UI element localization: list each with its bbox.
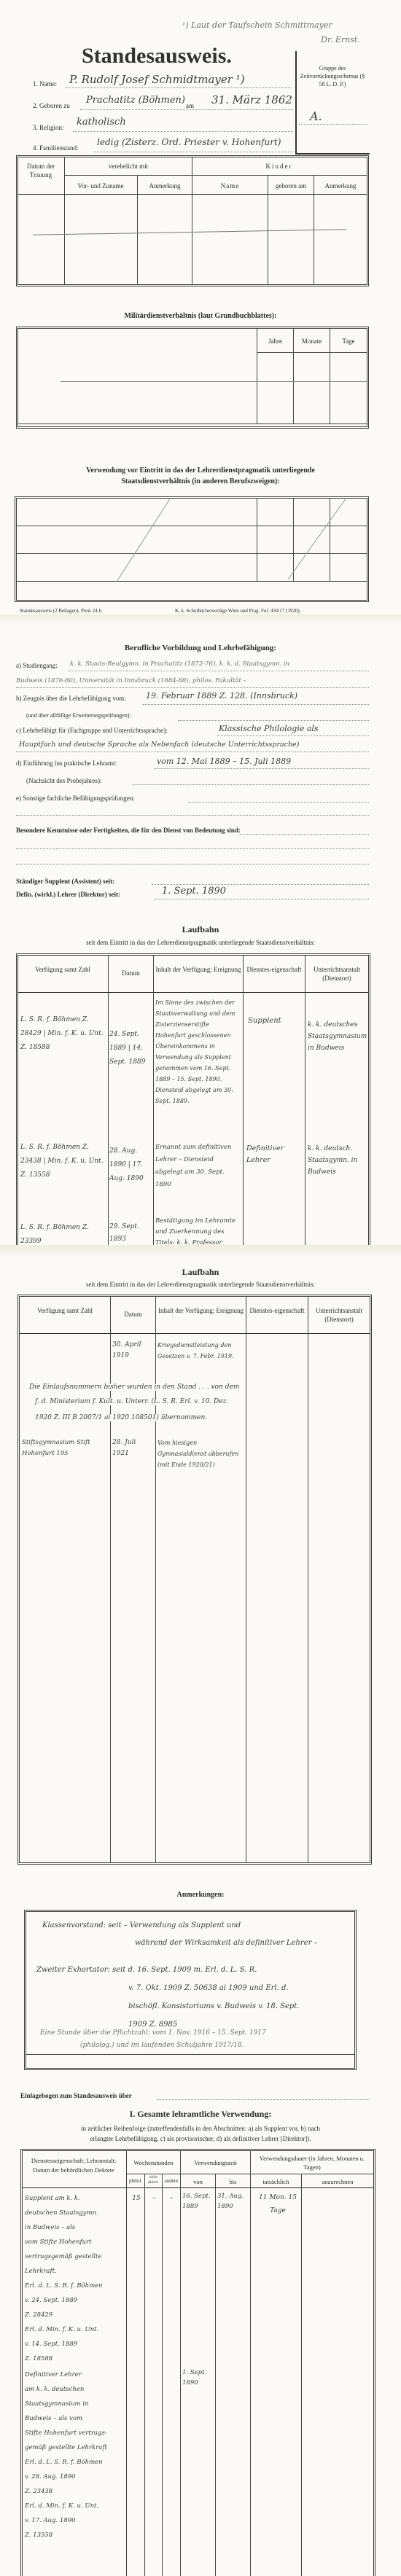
insert-title: I. Gesamte lehramtliche Verwendung: (0, 2109, 401, 2120)
divider (243, 956, 244, 1252)
remarks-line-8: (philolog.) und im laufenden Schuljahre … (80, 2042, 244, 2049)
divider (108, 956, 109, 1252)
col-children: Kinder (192, 163, 366, 170)
practical-label: d) Einführung ins praktische Lehramt: (16, 760, 117, 767)
career2-row-2-ref: Stiftsgymnasium Stift Hohenfurt 195 (22, 1437, 108, 1459)
usage-row-role-line: Erl. d. Min. f. K. u. Unt. (25, 2499, 125, 2513)
usage-row-role-line: deutschen Staatsgymn. (25, 2206, 125, 2220)
col-credit: anzurechnen (302, 2178, 373, 2185)
col-child-born: geboren am (268, 182, 314, 190)
top-note: ¹) Laut der Taufschein Schmittmayer (182, 20, 332, 30)
family-label: 4. Familienstand: (33, 144, 79, 152)
usage-row-from: 1. Sept. 1890 (182, 2368, 214, 2388)
insert-subtitle-1: in zeitlicher Reihenfolge (zutreffendenf… (0, 2125, 401, 2132)
remarks-line-4: v. 7. Okt. 1909 Z. 50638 ai 1909 und Erl… (128, 1984, 289, 1992)
studies-value-1: k. k. Staats-Realgymn. in Prachatitz (18… (70, 660, 289, 668)
insert-subtitle-2: erlangter Lehrbefähigung, c) als proviso… (0, 2135, 401, 2142)
col-content-2: Inhalt der Verfügung; Ereignung (156, 1306, 246, 1315)
usage-row-role-line: Supplent am k. k. (25, 2191, 125, 2206)
practical-value: vom 12. Mai 1889 – 15. Juli 1889 (157, 757, 291, 766)
special-skills-line (16, 864, 369, 864)
usage-row-role-line: gemäß gestellte Lehrkraft (25, 2440, 125, 2455)
top-note-signature: Dr. Ernst. (321, 35, 360, 44)
probation-label: (Nachsicht des Probejahres): (26, 777, 101, 784)
prior-use-title-1: Verwendung vor Eintritt in das der Lehre… (0, 467, 401, 475)
religion-label: 3. Religion: (33, 124, 64, 131)
name-line (66, 87, 292, 88)
career-table-2 (17, 1295, 372, 1865)
career-row-1-content: Im Sinne des zwischen der Staatsverwaltu… (155, 997, 241, 1106)
col-years: Jahre (257, 337, 293, 345)
qualified-value-2: Hauptfach und deutsche Sprache als Neben… (19, 741, 299, 749)
remarks-line-1: Klassenvorstand: seit – Verwendung als S… (42, 1921, 241, 1929)
col-decree-2: Verfügung samt Zahl (20, 1306, 110, 1315)
insert-line (157, 2099, 370, 2100)
divider (155, 1297, 156, 1862)
usage-row-role-line: Lehrkraft. (25, 2264, 125, 2279)
col-to: bis (216, 2178, 250, 2185)
col-date: Datum (109, 969, 153, 977)
career-row-1-ref: L. S. R. f. Böhmen Z. 28429 | Min. f. K.… (20, 1013, 106, 1055)
insert-label: Einlagebogen zum Standesausweis über (20, 2092, 132, 2099)
divider (18, 424, 367, 424)
col-weekly-hours: Wochenstunden (127, 2159, 180, 2166)
usage-row-philol: 15 (128, 2191, 144, 2206)
career-title: Laufbahn (0, 924, 401, 935)
born-line (80, 109, 293, 110)
divider (18, 194, 367, 195)
col-content: Inhalt der Verfügung; Ereignung (154, 965, 243, 974)
divider (308, 1297, 308, 1862)
remarks-line-5: bischöfl. Konsistoriums v. Budweis v. 18… (128, 2002, 299, 2010)
qualified-value-1: Klassische Philologie als (219, 724, 319, 733)
col-role: Dienstes-eigenschaft (244, 965, 305, 974)
studies-value-2: Budweis (1876-80), Universität in Innsbr… (16, 677, 246, 684)
col-date-2: Datum (111, 1311, 155, 1318)
divider (144, 2174, 145, 2576)
usage-row-role-line: v. 17. Aug. 1890 (25, 2513, 125, 2528)
divider (215, 2174, 216, 2576)
career-row-1-school: k. k. deutsches Staatsgymnasium in Budwe… (308, 1019, 367, 1054)
born-am: am (186, 102, 194, 109)
divider (192, 157, 192, 285)
col-role-2: Dienstes-eigenschaft (246, 1306, 308, 1315)
divider (180, 2151, 181, 2576)
career2-row-2-content: Vom hiesigen Gymnasialdienst abberufen (… (157, 1437, 244, 1470)
born-date: 31. März 1862 (211, 93, 292, 106)
military-title: Militärdienstverhältnis (laut Grundbuchb… (0, 312, 401, 320)
other-exams-label: e) Sonstige fachliche Befähigungsprüfung… (16, 795, 135, 802)
usage-row-other: – (163, 2191, 179, 2206)
qualified-line (217, 735, 369, 736)
certificate-line (143, 704, 369, 705)
divider (250, 2151, 251, 2576)
usage-row-actual: 11 Mon. 15 Tage (255, 2191, 300, 2217)
career-row-2-date: 28. Aug. 1890 | 17. Aug. 1890 (109, 1144, 152, 1186)
qualified-line (16, 752, 369, 752)
remarks-line-3: Zweiter Exhortator: seit d. 16. Sept. 19… (36, 1966, 257, 1974)
usage-row-role-line: vom Stifte Hohenfurt (25, 2235, 125, 2249)
family-value: ledig (Zisterz. Ord. Priester v. Hohenfu… (97, 137, 281, 147)
divider (153, 956, 154, 1252)
usage-row-role-line: Z. 23438 (25, 2484, 125, 2499)
career-row-2-role: Definitiver Lehrer (246, 1143, 303, 1166)
usage-row-role-line: Budweis – als vom (25, 2411, 125, 2426)
usage-row-role-line: v. 24. Sept. 1889 (25, 2293, 125, 2308)
col-philol: philol. (127, 2178, 144, 2184)
page-separator (0, 614, 401, 622)
group-value-line (299, 124, 367, 125)
strike-line (61, 381, 367, 382)
qualified-label: c) Lehrbefähigt für (Fachgruppe und Unte… (16, 727, 168, 734)
probation-line (133, 784, 369, 785)
family-line (93, 152, 293, 152)
usage-row-role-line: Z. 13558 (25, 2528, 125, 2542)
career2-span-note-2: f. d. Ministerium f. Kult. u. Unterr. (L… (35, 1398, 228, 1405)
practical-line (155, 768, 369, 769)
career2-span-note-3: 1920 Z. III B 2007/1 ai 1920 108501) übe… (35, 1414, 207, 1421)
col-spouse-note: Anmerkung (138, 182, 192, 190)
special-skills-line (238, 834, 369, 835)
col-decree: Verfügung samt Zahl (18, 965, 107, 974)
divider (64, 175, 367, 176)
divider (110, 1297, 111, 1862)
usage-row-role-line: Z. 18588 (25, 2351, 125, 2366)
certificate-value: 19. Februar 1889 Z. 128. (Innsbruck) (146, 691, 297, 700)
career2-span-note-1: Die Einlaufsnummern bisher wurden in den… (29, 1383, 239, 1391)
col-months: Monate (294, 337, 330, 345)
usage-row-role-line: Stifte Hohenfurt vertrags- (25, 2426, 125, 2440)
divider (137, 175, 138, 285)
born-label: 2. Geboren zu (33, 102, 70, 109)
divider (246, 1297, 246, 1862)
divider (64, 157, 65, 285)
studies-label: a) Studiengang: (16, 662, 58, 669)
name-value: P. Rudolf Josef Schmidtmayer ¹) (69, 73, 245, 86)
career-row-1-date: 24. Sept. 1889 | 14. Sept. 1889 (109, 1028, 152, 1069)
divider (20, 1333, 370, 1334)
usage-row-nonphilol: – (146, 2191, 162, 2206)
usage-row-to: 31. Aug. 1890 (217, 2191, 249, 2212)
col-usage-period: Verwendungszeit (181, 2159, 250, 2166)
other-exams-line (188, 802, 369, 803)
remarks-title: Anmerkungen: (0, 1891, 401, 1899)
strike-diagonal (0, 496, 401, 583)
page-separator (0, 1245, 401, 1255)
certificate-label: b) Zeugnis über die Lehrbefähigung vom: (16, 695, 126, 702)
studies-line (16, 687, 369, 688)
usage-row-role-line: in Budweis – als (25, 2220, 125, 2235)
col-wedding-date: Datum der Trauung (19, 162, 63, 179)
usage-row-role-line: v. 14. Sept. 1889 (25, 2337, 125, 2351)
career-row-2-content: Ernannt zum definitiven Lehrer – Dienste… (155, 1141, 241, 1191)
col-school-2: Unterrichtsanstalt (Dienstort) (308, 1306, 370, 1324)
col-days: Tage (330, 337, 367, 345)
col-child-note: Anmerkung (314, 182, 367, 190)
divider (162, 2174, 163, 2576)
usage-row-from: 16. Sept. 1889 (182, 2191, 214, 2212)
group-value: A. (310, 109, 322, 123)
definitive-since-value: 1. Sept. 1890 (162, 886, 226, 897)
remarks-line-7: Eine Stunde über die Pflichtzahl: vom 1.… (40, 2029, 266, 2037)
supplent-since-line (152, 884, 369, 885)
col-school: Unterrichtsanstalt (Dienstort) (305, 965, 368, 983)
col-actual: tatsächlich (251, 2178, 301, 2185)
career2-row-1-date: 30. April 1919 (112, 1340, 153, 1362)
divider (305, 956, 305, 1252)
definitive-since-label: Defin. (wirkl.) Lehrer (Direktor) seit: (16, 891, 120, 898)
career2-row-2-date: 28. Juli 1921 (112, 1437, 153, 1459)
special-skills-line (16, 848, 369, 849)
prior-use-title-2: Staatsdienstverhältnis (in anderen Beruf… (0, 477, 401, 485)
usage-row-role-line: Z. 28429 (25, 2308, 125, 2322)
group-label: Gruppe des Zeitvorrückungsschemas (§ 58 … (297, 64, 367, 88)
extension-line (178, 720, 369, 721)
career-row-2-school: k. k. deutsch. Staatsgymn. in Budweis (308, 1143, 367, 1178)
career-row-3-date: 29. Sept. 1893 (109, 1221, 152, 1246)
name-label: 1. Name: (33, 80, 57, 87)
usage-row-role-line: vertragsgemäß gestellte (25, 2249, 125, 2264)
career-subtitle: seit dem Eintritt in das der Lehrerdiens… (0, 939, 401, 946)
col-other: andere (163, 2178, 180, 2184)
col-nonphilol: nicht philol. (145, 2175, 162, 2185)
usage-row-role-line: Erl. d. Min. f. K. u. Unt. (25, 2322, 125, 2337)
supplent-since-label: Ständiger Supplent (Assistent) seit: (16, 878, 114, 885)
career-subtitle-2: seit dem Eintritt in das der Lehrerdiens… (0, 1281, 401, 1288)
born-place: Prachatitz (Böhmen) (86, 95, 185, 106)
usage-row-role: Supplent am k. k.deutschen Staatsgymn.in… (25, 2191, 125, 2366)
religion-value: katholisch (77, 117, 126, 128)
career-row-1-role: Supplent (248, 1017, 281, 1025)
usage-row-role-line: Staatsgymnasium in (25, 2397, 125, 2411)
career2-row-1-content: Kriegsdienstleistung den Gesetzen v. 7. … (157, 1340, 244, 1362)
col-married-with: verehelicht mit (66, 163, 191, 170)
divider (126, 2151, 127, 2576)
career-title-2: Laufbahn (0, 1267, 401, 1278)
col-spouse-name: Vor- und Zuname (65, 182, 136, 190)
religion-line (73, 131, 293, 132)
usage-row-role-line: Definitiver Lehrer (25, 2368, 125, 2382)
usage-row-role-line: Erl. d. L. S. R. f. Böhmen (25, 2279, 125, 2293)
usage-row-role-line: Erl. d. L. S. R. f. Böhmen (25, 2455, 125, 2470)
special-skills-label: Besondere Kenntnisse oder Fertigkeiten, … (16, 827, 241, 834)
divider (23, 2187, 373, 2188)
other-exams-line (16, 815, 369, 816)
usage-row-role: Definitiver Lehreram k. k. deutschenStaa… (25, 2368, 125, 2542)
career-row-2-ref: L. S. R. f. Böhmen Z. 23438 | Min. f. K.… (20, 1141, 106, 1182)
divider (18, 992, 368, 993)
footer-left: Standesausweis (2 Beilagen), Preis 24 h. (20, 608, 103, 614)
col-from: von (181, 2178, 215, 2185)
extension-label: (und über allfällige Erweiterungsprüfung… (26, 712, 131, 719)
training-title: Berufliche Vorbildung und Lehrbefähigung… (0, 644, 401, 652)
remarks-line-2: während der Wirksamkeit als definitiver … (135, 1939, 318, 1947)
definitive-since-line (155, 899, 369, 899)
usage-row-role-line: am k. k. deutschen (25, 2382, 125, 2397)
usage-row-role-line: v. 28. Aug. 1890 (25, 2470, 125, 2484)
document-title: Standesausweis. (82, 44, 232, 69)
studies-line (69, 671, 369, 671)
col-child-name: Name (192, 182, 268, 190)
footer-right: K. k. Schulbücherverläge Wien und Prag. … (175, 608, 300, 614)
divider (301, 2174, 302, 2576)
divider (257, 352, 367, 353)
col-service-role: Dienstesseigenschaft; Lehranstalt; Datum… (23, 2156, 125, 2175)
col-usage-duration: Verwendungsdauer (in Jahren, Monaten u. … (251, 2154, 373, 2171)
divider (26, 2054, 354, 2055)
remarks-line-6: 1909 Z. 8985 (128, 2021, 177, 2029)
